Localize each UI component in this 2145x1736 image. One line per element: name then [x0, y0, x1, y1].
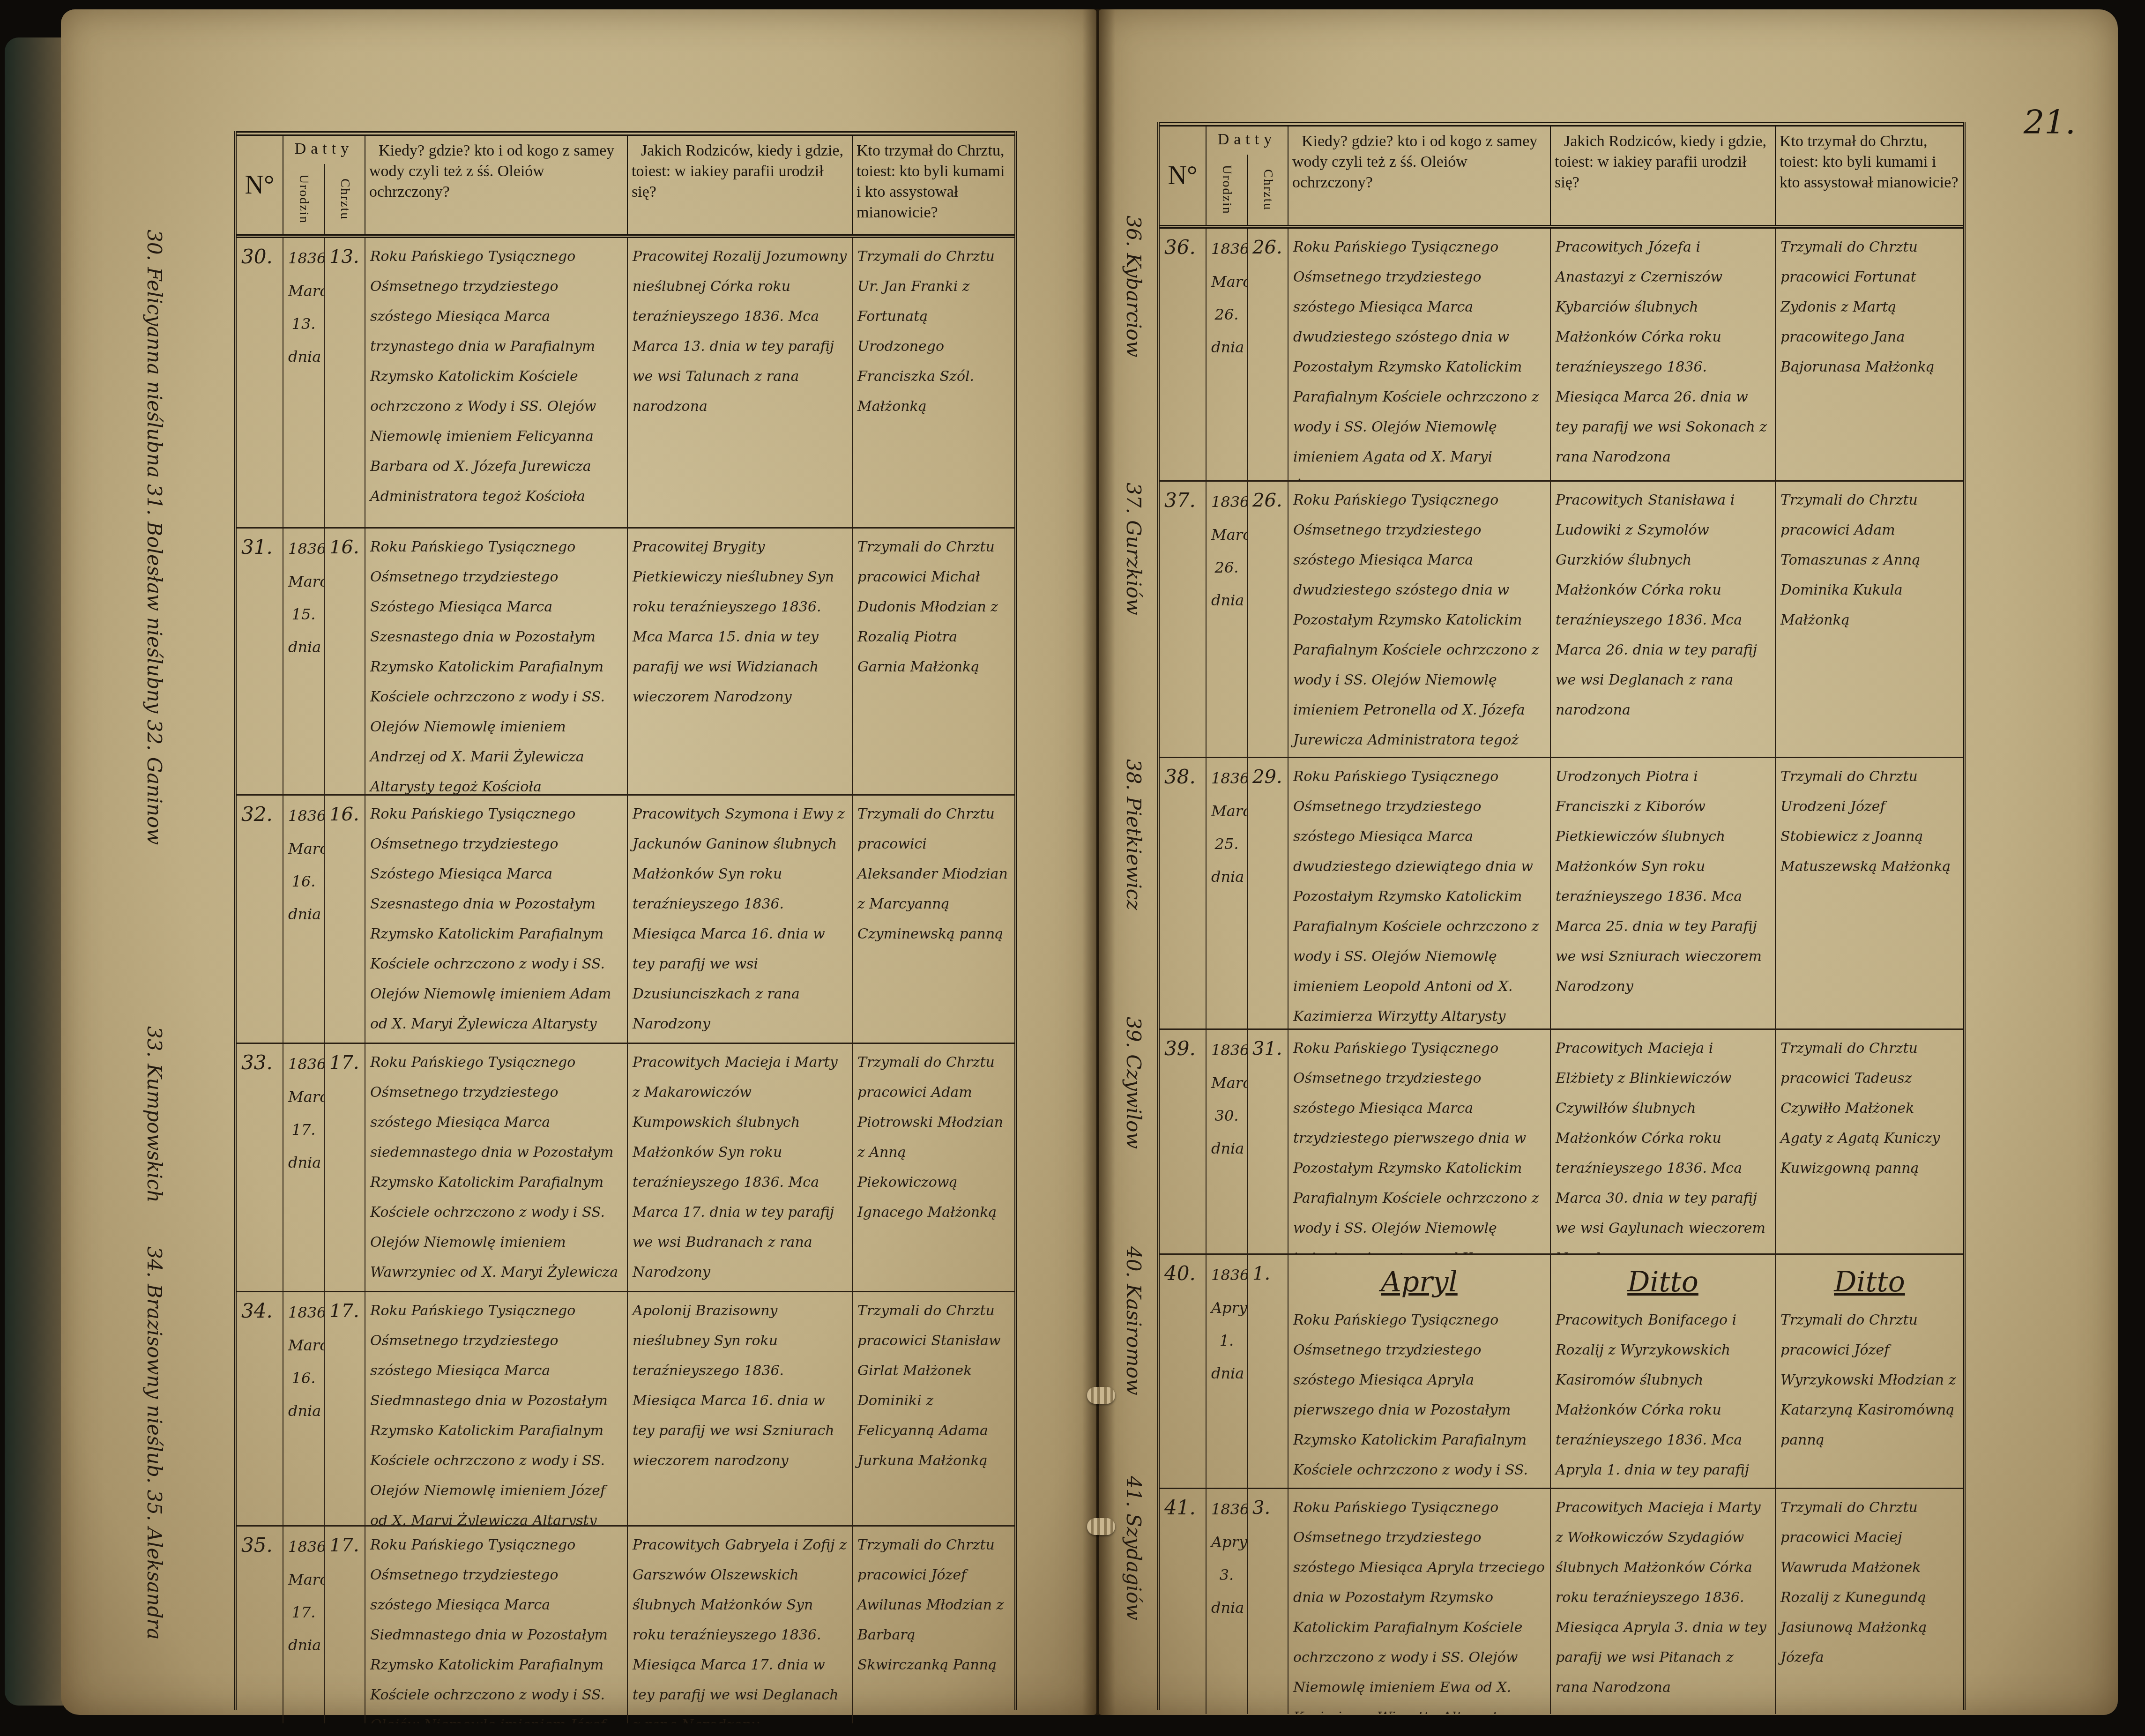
- baptism-date: 16.: [325, 796, 365, 1043]
- baptism-date: 26.: [1248, 229, 1288, 480]
- parents-record: Pracowitych Szymona i Ewy z Jackunów Gan…: [628, 796, 853, 1043]
- margin-note: 40. Kasiromow: [1122, 1246, 1145, 1395]
- header-datty-title: Datty: [1207, 129, 1288, 150]
- birth-date: 1836. Marca 16. dnia: [283, 1292, 325, 1525]
- baptism-date: 29.: [1248, 758, 1288, 1028]
- page-number: 21.: [2024, 103, 2076, 142]
- header-rodzicow: Jakich Rodziców, kiedy i gdzie, toiest: …: [1551, 127, 1776, 225]
- baptism-record: Roku Pańskiego Tysiącznego Ośmsetnego tr…: [1288, 1489, 1551, 1714]
- baptism-record: Roku Pańskiego Tysiącznego Ośmsetnego tr…: [365, 1044, 628, 1291]
- baptism-record: Roku Pańskiego Tysiącznego Ośmsetnego tr…: [365, 529, 628, 794]
- baptism-date: 17.: [325, 1527, 365, 1723]
- table-row: 39. 1836. Marca 30. dnia 31. Roku Pański…: [1160, 1030, 1963, 1255]
- entry-number: 41.: [1160, 1489, 1207, 1714]
- book-edge: [5, 37, 70, 1706]
- godparents-record: Trzymali do Chrztu pracowici Adam Tomasz…: [1776, 482, 1963, 757]
- parents-record: Apolonij Brazisowny nieślubney Syn roku …: [628, 1292, 853, 1525]
- birth-date: 1836. Marca 26. dnia: [1207, 229, 1248, 480]
- baptism-date: 26.: [1248, 482, 1288, 757]
- left-page: 30. Felicyanna nieślubna 31. Bolesław ni…: [61, 9, 1096, 1715]
- table-row: 34. 1836. Marca 16. dnia 17. Roku Pański…: [237, 1292, 1014, 1527]
- entry-number: 30.: [237, 238, 283, 527]
- parents-record-text: Pracowitych Bonifacego i Rozalij z Wyrzy…: [1556, 1305, 1770, 1488]
- godparents-record: Trzymali do Chrztu pracowici Stanisław G…: [853, 1292, 1014, 1525]
- margin-note: 38. Pietkiewicz: [1122, 759, 1145, 910]
- godparents-record: Trzymali do Chrztu pracowici Fortunat Zy…: [1776, 229, 1963, 480]
- table-row: 36. 1836. Marca 26. dnia 26. Roku Pański…: [1160, 229, 1963, 482]
- godparents-record-text: Trzymali do Chrztu pracowici Józef Wyrzy…: [1780, 1305, 1959, 1455]
- header-datty: Datty Urodzin Chrztu: [283, 136, 365, 234]
- header-no: N°: [237, 136, 283, 234]
- register-book: 30. Felicyanna nieślubna 31. Bolesław ni…: [61, 9, 2118, 1715]
- birth-date: 1836. Marca 30. dnia: [1207, 1030, 1248, 1253]
- baptism-date: 3.: [1248, 1489, 1288, 1714]
- baptism-record: Roku Pańskiego Tysiącznego Ośmsetnego tr…: [1288, 758, 1551, 1028]
- entry-number: 37.: [1160, 482, 1207, 757]
- baptism-record: Roku Pańskiego Tysiącznego Ośmsetnego tr…: [1288, 482, 1551, 757]
- header-kto: Kto trzymał do Chrztu, toiest: kto byli …: [853, 136, 1014, 234]
- margin-note: 37. Gurzkiów: [1122, 483, 1145, 615]
- header-chrztu: Chrztu: [325, 164, 365, 234]
- table-row: 35. 1836. Marca 17. dnia 17. Roku Pański…: [237, 1527, 1014, 1723]
- right-page: 21. 36. Kybarciow 37. Gurzkiów 38. Pietk…: [1099, 9, 2118, 1715]
- birth-date: 1836. Apryla 1. dnia: [1207, 1255, 1248, 1488]
- birth-date: 1836. Marca 25. dnia: [1207, 758, 1248, 1028]
- table-body: 30. 1836. Marca 13. dnia 13. Roku Pański…: [237, 238, 1014, 1723]
- parents-record: Pracowitych Józefa i Anastazyi z Czernis…: [1551, 229, 1776, 480]
- baptism-record: Roku Pańskiego Tysiącznego Ośmsetnego tr…: [365, 1527, 628, 1723]
- baptism-record-text: Roku Pańskiego Tysiącznego Ośmsetnego tr…: [1293, 1305, 1545, 1488]
- godparents-record: Trzymali do Chrztu Ur. Jan Franki z Fort…: [853, 238, 1014, 527]
- table-row: 41. 1836. Apryla 3. dnia 3. Roku Pańskie…: [1160, 1489, 1963, 1714]
- binding-string: [1087, 1518, 1115, 1535]
- entry-number: 40.: [1160, 1255, 1207, 1488]
- month-heading: Apryl: [1293, 1259, 1545, 1305]
- parents-record: Pracowitej Rozalij Jozumowny nieślubnej …: [628, 238, 853, 527]
- entry-number: 38.: [1160, 758, 1207, 1028]
- baptism-date: 1.: [1248, 1255, 1288, 1488]
- entry-number: 34.: [237, 1292, 283, 1525]
- table-row: 33. 1836. Marca 17. dnia 17. Roku Pański…: [237, 1044, 1014, 1292]
- margin-note: 36. Kybarciow: [1122, 216, 1145, 358]
- table-row: 32. 1836. Marca 16. dnia 16. Roku Pański…: [237, 796, 1014, 1044]
- entry-number: 31.: [237, 529, 283, 794]
- godparents-record: Ditto Trzymali do Chrztu pracowici Józef…: [1776, 1255, 1963, 1488]
- table-row: 37. 1836. Marca 26. dnia 26. Roku Pański…: [1160, 482, 1963, 758]
- header-chrztu: Chrztu: [1248, 155, 1288, 225]
- godparents-record: Trzymali do Chrztu pracowici Aleksander …: [853, 796, 1014, 1043]
- parents-record: Ditto Pracowitych Bonifacego i Rozalij z…: [1551, 1255, 1776, 1488]
- baptism-register-table-left: N° Datty Urodzin Chrztu Kiedy? gdzie? kt…: [234, 131, 1017, 1710]
- baptism-record: Apryl Roku Pańskiego Tysiącznego Ośmsetn…: [1288, 1255, 1551, 1488]
- baptism-record: Roku Pańskiego Tysiącznego Ośmsetnego tr…: [1288, 1030, 1551, 1253]
- baptism-record: Roku Pańskiego Tysiącznego Ośmsetnego tr…: [365, 238, 628, 527]
- entry-number: 33.: [237, 1044, 283, 1291]
- margin-note: 34. Brazisowny nieślub. 35. Aleksandra: [143, 1246, 166, 1639]
- book-spine: [1082, 9, 1115, 1715]
- birth-date: 1836. Marca 15. dnia: [283, 529, 325, 794]
- header-kiedy: Kiedy? gdzie? kto i od kogo z samey wody…: [1288, 127, 1551, 225]
- header-no: N°: [1160, 127, 1207, 225]
- table-row: 38. 1836. Marca 25. dnia 29. Roku Pański…: [1160, 758, 1963, 1030]
- header-kto: Kto trzymał do Chrztu, toiest: kto byli …: [1776, 127, 1963, 225]
- parents-record: Urodzonych Piotra i Franciszki z Kiborów…: [1551, 758, 1776, 1028]
- baptism-record: Roku Pańskiego Tysiącznego Ośmsetnego tr…: [365, 1292, 628, 1525]
- baptism-date: 31.: [1248, 1030, 1288, 1253]
- parents-record: Pracowitej Brygity Pietkiewiczy nieślubn…: [628, 529, 853, 794]
- table-row: 40. 1836. Apryla 1. dnia 1. Apryl Roku P…: [1160, 1255, 1963, 1489]
- baptism-record: Roku Pańskiego Tysiącznego Ośmsetnego tr…: [1288, 229, 1551, 480]
- ditto-mark: Ditto: [1780, 1259, 1959, 1305]
- godparents-record: Trzymali do Chrztu pracowici Józef Awilu…: [853, 1527, 1014, 1723]
- margin-note: 33. Kumpowskich: [143, 1026, 166, 1203]
- entry-number: 39.: [1160, 1030, 1207, 1253]
- header-kiedy: Kiedy? gdzie? kto i od kogo z samey wody…: [365, 136, 628, 234]
- table-header: N° Datty Urodzin Chrztu Kiedy? gdzie? kt…: [1160, 122, 1963, 229]
- parents-record: Pracowitych Gabryela i Zofij z Garszwów …: [628, 1527, 853, 1723]
- header-datty-title: Datty: [283, 139, 365, 159]
- entry-number: 32.: [237, 796, 283, 1043]
- baptism-date: 16.: [325, 529, 365, 794]
- godparents-record: Trzymali do Chrztu pracowici Tadeusz Czy…: [1776, 1030, 1963, 1253]
- baptism-date: 17.: [325, 1292, 365, 1525]
- birth-date: 1836. Marca 16. dnia: [283, 796, 325, 1043]
- margin-note: 41. Szydagiów: [1122, 1476, 1145, 1620]
- parents-record: Pracowitych Macieja i Elżbiety z Blinkie…: [1551, 1030, 1776, 1253]
- baptism-date: 17.: [325, 1044, 365, 1291]
- table-header: N° Datty Urodzin Chrztu Kiedy? gdzie? kt…: [237, 131, 1014, 238]
- header-urodzin: Urodzin: [283, 164, 325, 234]
- baptism-record: Roku Pańskiego Tysiącznego Ośmsetnego tr…: [365, 796, 628, 1043]
- birth-date: 1836. Marca 13. dnia: [283, 238, 325, 527]
- godparents-record: Trzymali do Chrztu pracowici Michał Dudo…: [853, 529, 1014, 794]
- margin-note: 30. Felicyanna nieślubna 31. Bolesław ni…: [143, 230, 166, 845]
- parents-record: Pracowitych Macieja i Marty z Makarowicz…: [628, 1044, 853, 1291]
- table-row: 31. 1836. Marca 15. dnia 16. Roku Pański…: [237, 529, 1014, 796]
- birth-date: 1836. Marca 17. dnia: [283, 1527, 325, 1723]
- entry-number: 36.: [1160, 229, 1207, 480]
- header-rodzicow: Jakich Rodziców, kiedy i gdzie, toiest: …: [628, 136, 853, 234]
- header-datty: Datty Urodzin Chrztu: [1207, 127, 1288, 225]
- entry-number: 35.: [237, 1527, 283, 1723]
- birth-date: 1836. Marca 26. dnia: [1207, 482, 1248, 757]
- table-row: 30. 1836. Marca 13. dnia 13. Roku Pański…: [237, 238, 1014, 529]
- godparents-record: Trzymali do Chrztu pracowici Adam Piotro…: [853, 1044, 1014, 1291]
- baptism-register-table-right: N° Datty Urodzin Chrztu Kiedy? gdzie? kt…: [1157, 122, 1966, 1710]
- parents-record: Pracowitych Stanisława i Ludowiki z Szym…: [1551, 482, 1776, 757]
- parents-record: Pracowitych Macieja i Marty z Wołkowiczó…: [1551, 1489, 1776, 1714]
- binding-string: [1087, 1387, 1115, 1404]
- godparents-record: Trzymali do Chrztu Urodzeni Józef Stobie…: [1776, 758, 1963, 1028]
- ditto-mark: Ditto: [1556, 1259, 1770, 1305]
- table-body: 36. 1836. Marca 26. dnia 26. Roku Pański…: [1160, 229, 1963, 1714]
- birth-date: 1836. Marca 17. dnia: [283, 1044, 325, 1291]
- birth-date: 1836. Apryla 3. dnia: [1207, 1489, 1248, 1714]
- header-urodzin: Urodzin: [1207, 155, 1248, 225]
- godparents-record: Trzymali do Chrztu pracowici Maciej Wawr…: [1776, 1489, 1963, 1714]
- baptism-date: 13.: [325, 238, 365, 527]
- margin-note: 39. Czywilow: [1122, 1017, 1145, 1149]
